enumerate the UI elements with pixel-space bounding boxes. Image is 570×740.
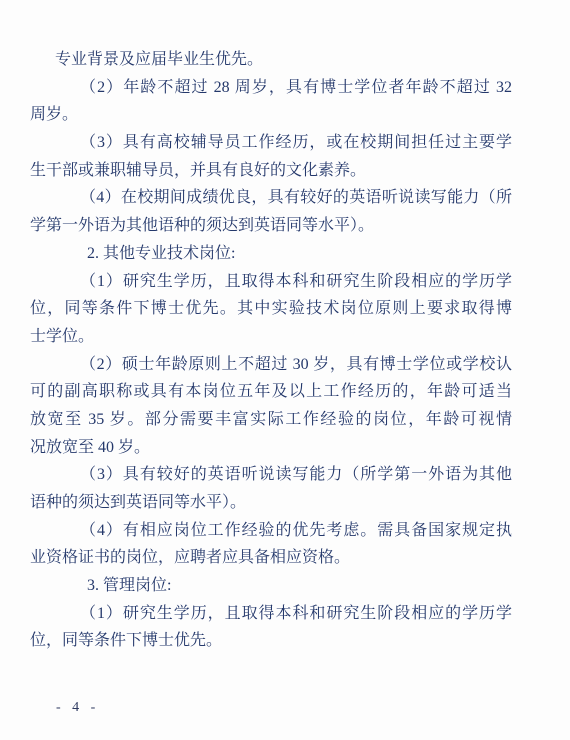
document-heading-line: 3. 管理岗位: — [30, 572, 512, 600]
document-line: 位，同等条件下博士优先。其中实验技术岗位原则上要求取得博 — [30, 295, 512, 323]
document-line: （4）在校期间成绩优良，具有较好的英语听说读写能力（所 — [30, 184, 512, 212]
document-line: （1）研究生学历，且取得本科和研究生阶段相应的学历学 — [30, 268, 512, 296]
document-body: 专业背景及应届毕业生优先。 （2）年龄不超过 28 周岁，具有博士学位者年龄不超… — [30, 46, 512, 655]
document-line: 放宽至 35 岁。部分需要丰富实际工作经验的岗位，年龄可视情 — [30, 406, 512, 434]
document-line: （1）研究生学历，且取得本科和研究生阶段相应的学历学 — [30, 600, 512, 628]
document-line: 士学位。 — [30, 323, 512, 351]
document-line: 专业背景及应届毕业生优先。 — [30, 46, 512, 74]
document-page: 专业背景及应届毕业生优先。 （2）年龄不超过 28 周岁，具有博士学位者年龄不超… — [0, 0, 570, 740]
document-line: 可的副高职称或具有本岗位五年及以上工作经历的，年龄可适当 — [30, 378, 512, 406]
document-line: （3）具有高校辅导员工作经历，或在校期间担任过主要学 — [30, 129, 512, 157]
document-line: 语种的须达到英语同等水平）。 — [30, 489, 512, 517]
document-line: 位，同等条件下博士优先。 — [30, 627, 512, 655]
document-line: （3）具有较好的英语听说读写能力（所学第一外语为其他 — [30, 461, 512, 489]
page-number: - 4 - — [56, 698, 99, 718]
document-line: 周岁。 — [30, 101, 512, 129]
document-line: 况放宽至 40 岁。 — [30, 434, 512, 462]
document-line: （2）年龄不超过 28 周岁，具有博士学位者年龄不超过 32 — [30, 74, 512, 102]
document-line: 学第一外语为其他语种的须达到英语同等水平）。 — [30, 212, 512, 240]
document-line: 生干部或兼职辅导员，并具有良好的文化素养。 — [30, 157, 512, 185]
document-heading-line: 2. 其他专业技术岗位: — [30, 240, 512, 268]
document-line: 业资格证书的岗位，应聘者应具备相应资格。 — [30, 544, 512, 572]
document-line: （2）硕士年龄原则上不超过 30 岁，具有博士学位或学校认 — [30, 351, 512, 379]
document-line: （4）有相应岗位工作经验的优先考虑。需具备国家规定执 — [30, 517, 512, 545]
